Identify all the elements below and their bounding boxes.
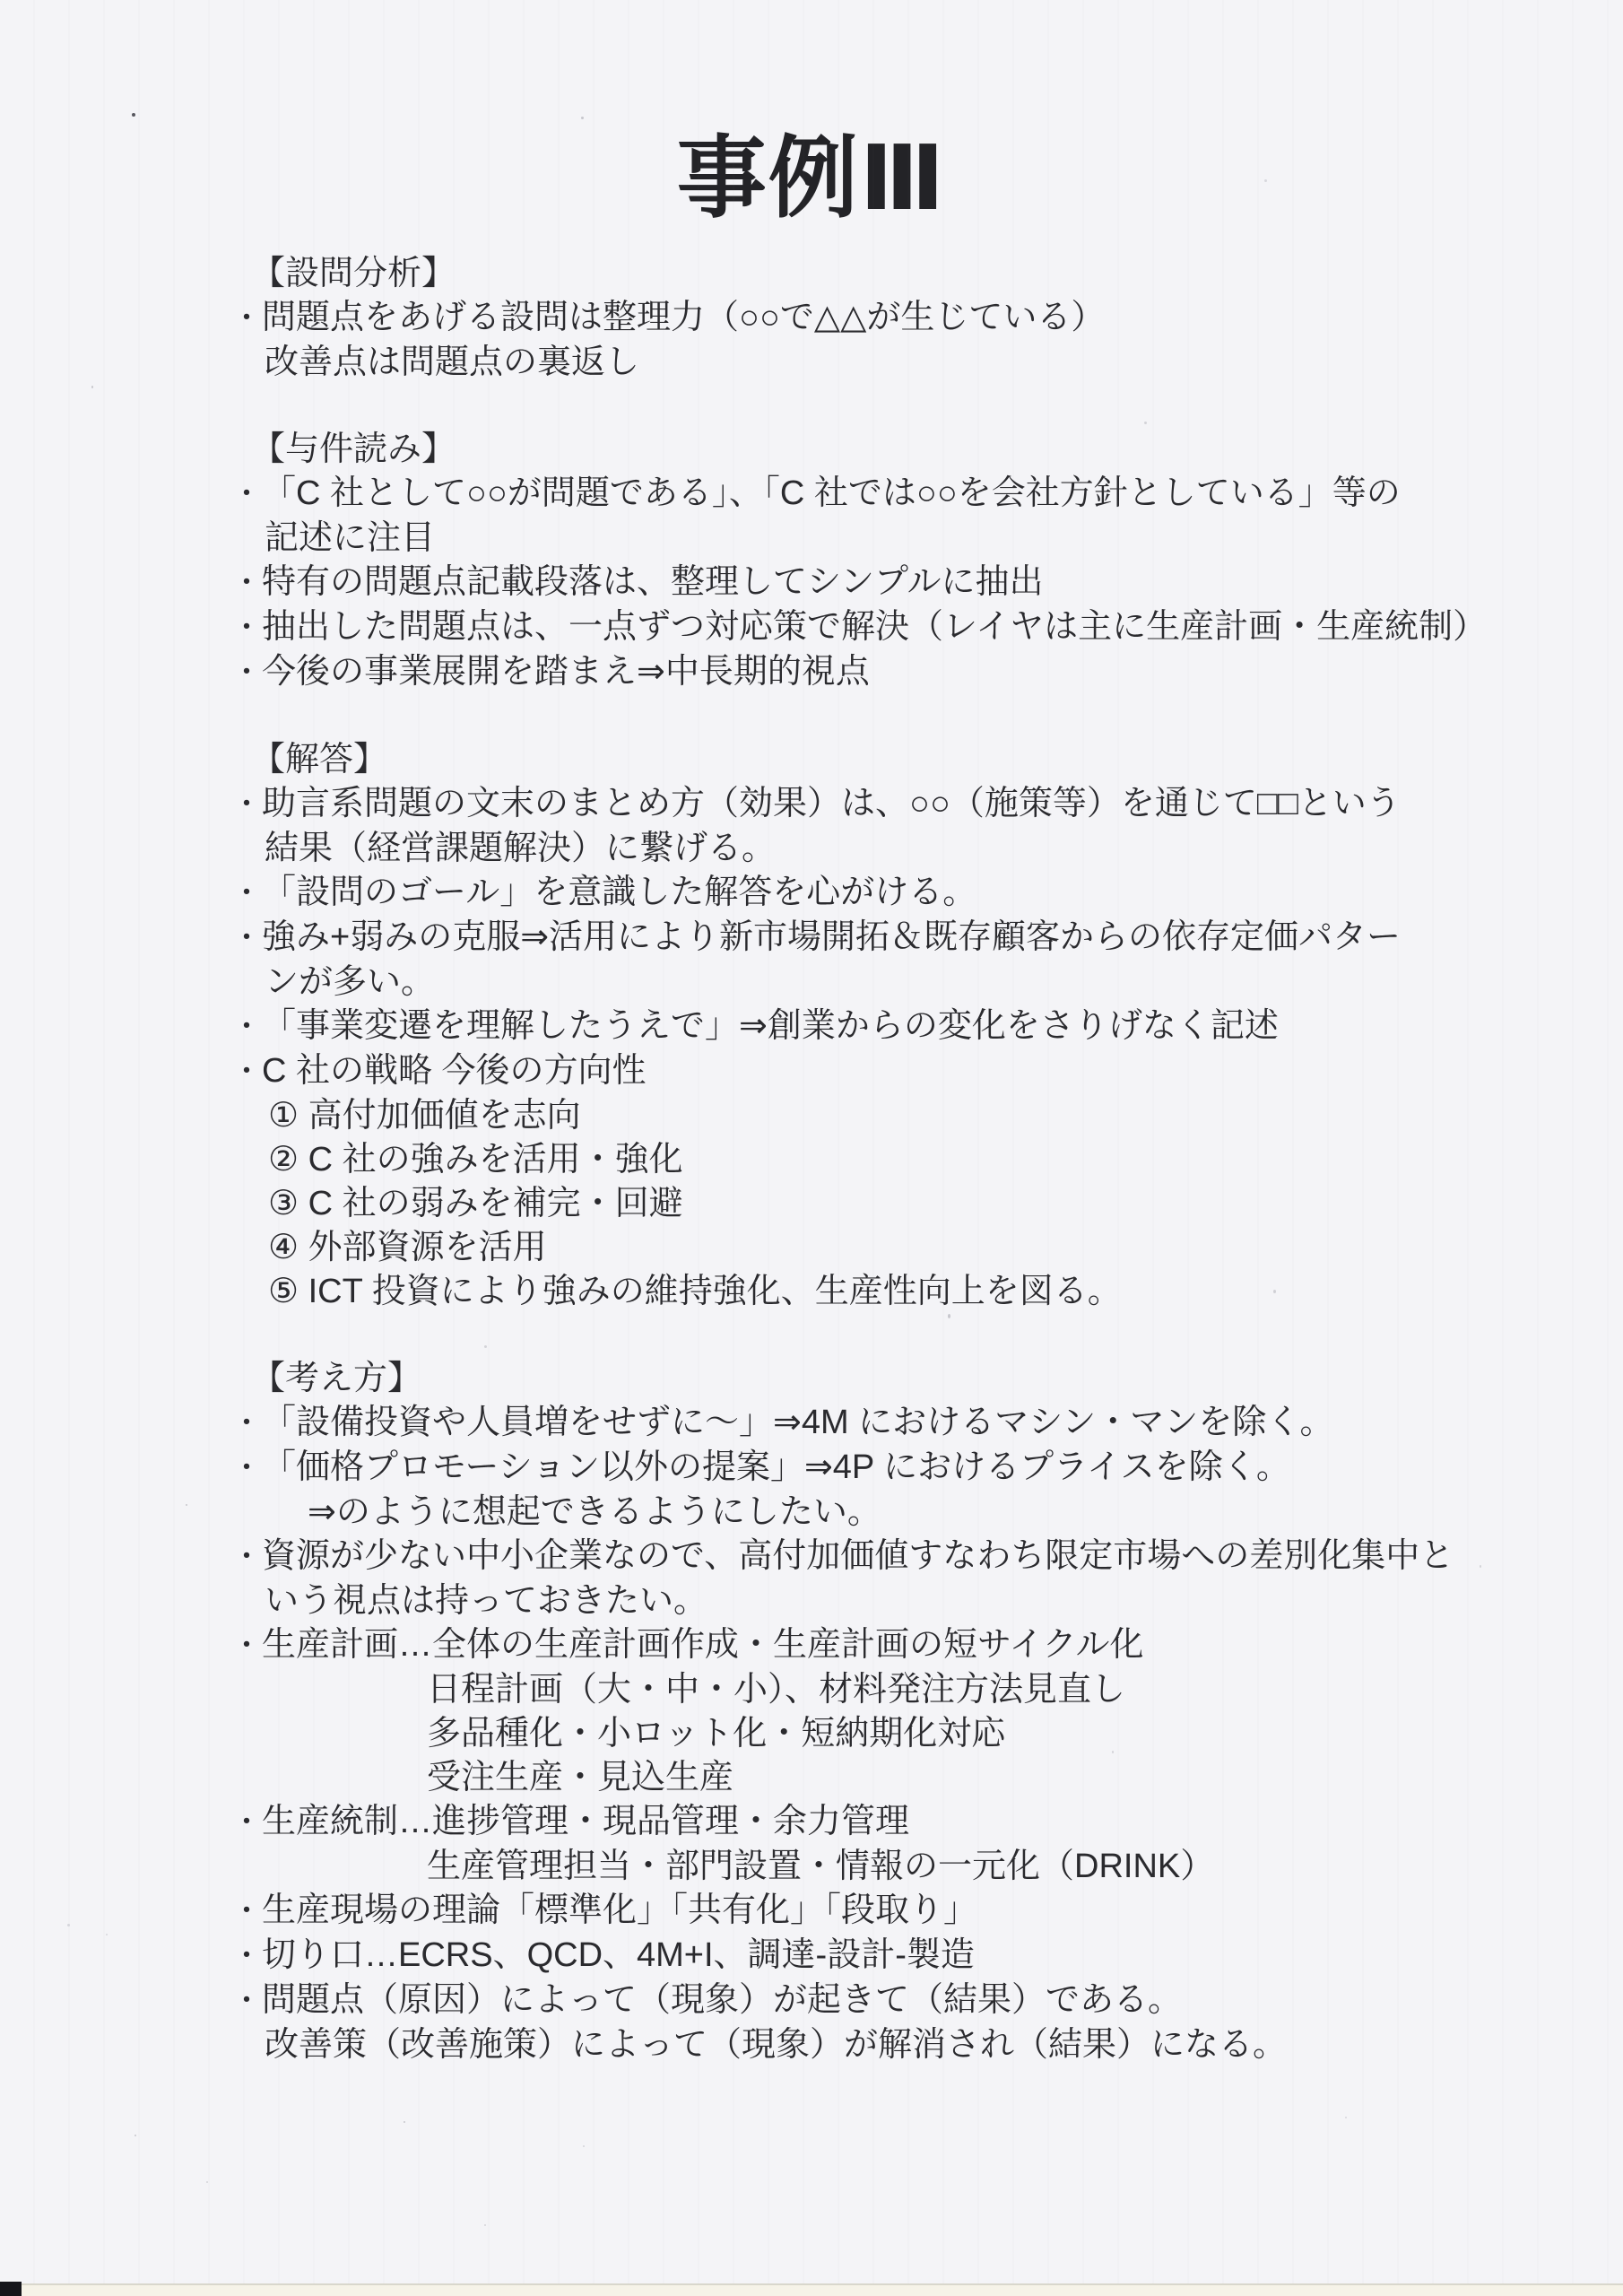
bullet-marker: ・ [231, 473, 262, 517]
speck [484, 2224, 486, 2226]
bullet-marker: ・ [231, 297, 262, 341]
note-line: ・問題点（原因）によって（現象）が起きて（結果）である。 [242, 1979, 1596, 2023]
speck [186, 1504, 187, 1506]
note-line: ・今後の事業展開を踏まえ⇒中長期的視点 [242, 650, 1596, 695]
bullet-marker: ・ [231, 561, 262, 605]
bullet-marker: ・ [231, 1050, 262, 1094]
note-line: 受注生産・見込生産 [242, 1756, 1596, 1800]
note-line: 結果（経営課題解決）に繋げる。 [242, 827, 1596, 871]
bullet-marker: ・ [231, 1402, 262, 1446]
note-line: ② C 社の強みを活用・強化 [242, 1138, 1596, 1182]
bullet-marker: ・ [231, 1890, 262, 1934]
note-text: 「価格プロモーション以外の提案」⇒4P におけるプライスを除く。 [262, 1448, 1290, 1486]
speck [91, 386, 93, 388]
note-text: 「C 社として○○が問題である」、「C 社では○○を会社方針としている」等の [262, 474, 1401, 512]
bullet-marker: ・ [231, 651, 262, 695]
note-line: ③ C 社の弱みを補完・回避 [242, 1182, 1596, 1226]
note-line: ・特有の問題点記載段落は、整理してシンプルに抽出 [242, 561, 1596, 605]
bullet-marker: ・ [231, 1005, 262, 1049]
note-text: 「設備投資や人員増をせずに～」⇒4M におけるマシン・マンを除く。 [262, 1404, 1333, 1441]
speck [67, 1924, 70, 1926]
bullet-marker: ・ [231, 1624, 262, 1668]
note-text: 強み+弱みの克服⇒活用により新市場開拓＆既存顧客からの依存定価パター [262, 918, 1401, 956]
speck [811, 935, 815, 938]
bullet-marker: ・ [231, 1979, 262, 2023]
note-line: ・生産現場の理論「標準化」「共有化」「段取り」 [242, 1889, 1596, 1934]
note-text: 今後の事業展開を踏まえ⇒中長期的視点 [262, 653, 870, 691]
note-text: 「事業変遷を理解したうえで」⇒創業からの変化をさりげなく記述 [262, 1007, 1279, 1045]
speck [135, 2135, 136, 2136]
note-line: ・「設備投資や人員増をせずに～」⇒4M におけるマシン・マンを除く。 [242, 1401, 1596, 1446]
note-text: 問題点をあげる設問は整理力（○○で△△が生じている） [262, 299, 1105, 336]
note-line: 多品種化・小ロット化・短納期化対応 [242, 1712, 1596, 1756]
scanned-page: 事例Ⅲ 【設問分析】・問題点をあげる設問は整理力（○○で△△が生じている）改善点… [0, 0, 1623, 2067]
note-line: ④ 外部資源を活用 [242, 1226, 1596, 1270]
note-line: 生産管理担当・部門設置・情報の一元化（DRINK） [242, 1845, 1596, 1889]
note-line: ・「設問のゴール」を意識した解答を心がける。 [242, 871, 1596, 916]
note-text: 抽出した問題点は、一点ずつ対応策で解決（レイヤは主に生産計画・生産統制） [262, 608, 1487, 646]
section-header: 【解答】 [242, 738, 1596, 782]
bullet-marker: ・ [231, 1447, 262, 1491]
bullet-marker: ・ [231, 783, 262, 827]
note-text: 生産計画…全体の生産計画作成・生産計画の短サイクル化 [262, 1626, 1143, 1664]
note-text: 問題点（原因）によって（現象）が起きて（結果）である。 [262, 1981, 1182, 2019]
note-line: ・生産統制…進捗管理・現品管理・余力管理 [242, 1800, 1596, 1845]
section: 【解答】・助言系問題の文末のまとめ方（効果）は、○○（施策等）を通じて□□という… [242, 738, 1596, 1314]
note-line: 日程計画（大・中・小）、材料発注方法見直し [242, 1668, 1596, 1712]
note-line: 改善点は問題点の裏返し [242, 341, 1596, 385]
note-line: ⇒のように想起できるようにしたい。 [242, 1491, 1596, 1535]
note-text: C 社の戦略 今後の方向性 [262, 1052, 647, 1090]
bullet-marker: ・ [231, 872, 262, 916]
bullet-marker: ・ [231, 1935, 262, 1979]
speck [1345, 2117, 1347, 2118]
section: 【与件読み】・「C 社として○○が問題である」、「C 社では○○を会社方針として… [242, 428, 1596, 695]
speck [583, 2145, 585, 2147]
note-line: ・資源が少ない中小企業なので、高付加価値すなわち限定市場への差別化集中と [242, 1535, 1596, 1579]
section-header: 【設問分析】 [242, 252, 1596, 296]
speck [484, 1345, 487, 1348]
note-line: 改善策（改善施策）によって（現象）が解消され（結果）になる。 [242, 2023, 1596, 2067]
speck [404, 2121, 405, 2123]
scan-corner-mark [0, 2282, 22, 2296]
note-text: 切り口…ECRS、QCD、4M+I、調達-設計-製造 [262, 1936, 975, 1974]
note-line: ・切り口…ECRS、QCD、4M+I、調達-設計-製造 [242, 1934, 1596, 1979]
note-line: ・「価格プロモーション以外の提案」⇒4P におけるプライスを除く。 [242, 1446, 1596, 1491]
speck [581, 117, 584, 119]
scan-edge-band [0, 2283, 1623, 2296]
bullet-marker: ・ [231, 1535, 262, 1579]
speck [132, 113, 135, 117]
note-line: 記述に注目 [242, 517, 1596, 561]
note-line: ① 高付加価値を志向 [242, 1094, 1596, 1138]
note-text: 生産現場の理論「標準化」「共有化」「段取り」 [262, 1892, 977, 1929]
bullet-marker: ・ [231, 606, 262, 650]
note-text: 生産統制…進捗管理・現品管理・余力管理 [262, 1803, 909, 1840]
bullet-marker: ・ [231, 917, 262, 961]
note-text: 「設問のゴール」を意識した解答を心がける。 [262, 874, 976, 911]
note-line: ・C 社の戦略 今後の方向性 [242, 1049, 1596, 1094]
note-line: ・抽出した問題点は、一点ずつ対応策で解決（レイヤは主に生産計画・生産統制） [242, 605, 1596, 650]
speck [1273, 1290, 1276, 1293]
speck [1480, 1565, 1481, 1568]
note-line: ・生産計画…全体の生産計画作成・生産計画の短サイクル化 [242, 1623, 1596, 1668]
note-line: ⑤ ICT 投資により強みの維持強化、生産性向上を図る。 [242, 1270, 1596, 1314]
note-text: 助言系問題の文末のまとめ方（効果）は、○○（施策等）を通じて□□という [262, 785, 1401, 822]
section-header: 【与件読み】 [242, 428, 1596, 472]
note-line: ・「事業変遷を理解したうえで」⇒創業からの変化をさりげなく記述 [242, 1004, 1596, 1049]
note-line: ンが多い。 [242, 961, 1596, 1004]
section: 【設問分析】・問題点をあげる設問は整理力（○○で△△が生じている）改善点は問題点… [242, 252, 1596, 385]
section: 【考え方】・「設備投資や人員増をせずに～」⇒4M におけるマシン・マンを除く。・… [242, 1357, 1596, 2067]
speck [206, 2181, 208, 2183]
notes-content: 【設問分析】・問題点をあげる設問は整理力（○○で△△が生じている）改善点は問題点… [0, 252, 1623, 2067]
section-header: 【考え方】 [242, 1357, 1596, 1401]
speck [1144, 422, 1147, 424]
note-line: ・強み+弱みの克服⇒活用により新市場開拓＆既存顧客からの依存定価パター [242, 916, 1596, 961]
speck [106, 1934, 108, 1935]
speck [1112, 1751, 1114, 1753]
note-text: 特有の問題点記載段落は、整理してシンプルに抽出 [262, 563, 1044, 601]
note-text: 資源が少ない中小企業なので、高付加価値すなわち限定市場への差別化集中と [262, 1537, 1454, 1575]
speck [948, 1314, 950, 1318]
bullet-marker: ・ [231, 1801, 262, 1845]
page-title: 事例Ⅲ [0, 0, 1623, 223]
note-line: ・助言系問題の文末のまとめ方（効果）は、○○（施策等）を通じて□□という [242, 782, 1596, 827]
speck [1264, 179, 1267, 182]
note-line: ・問題点をあげる設問は整理力（○○で△△が生じている） [242, 296, 1596, 341]
note-line: ・「C 社として○○が問題である」、「C 社では○○を会社方針としている」等の [242, 472, 1596, 517]
note-line: いう視点は持っておきたい。 [242, 1579, 1596, 1623]
